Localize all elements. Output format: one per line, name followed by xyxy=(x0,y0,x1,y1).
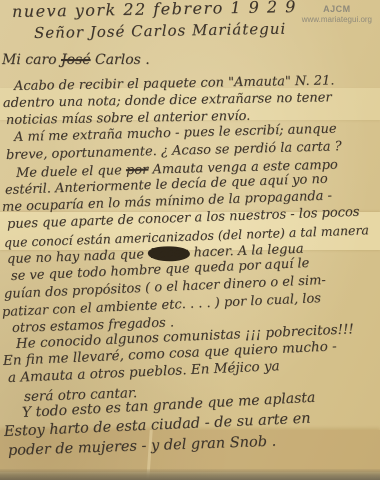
letter-body: nueva york 22 febrero 1 9 2 9Señor José … xyxy=(0,0,380,480)
struck-text: por xyxy=(126,163,149,179)
handwriting-text: adentro una nota; donde dice extrañarse … xyxy=(3,90,332,111)
handwriting-text: Mi caro xyxy=(2,52,61,68)
handwriting-text: Carlos . xyxy=(91,52,150,68)
inked-out-blot: hacer xyxy=(148,246,190,262)
recipient-line: Señor José Carlos Mariátegui xyxy=(34,20,287,42)
handwriting-text: nueva york 22 febrero 1 9 2 9 xyxy=(12,0,297,21)
salutation-line: Mi caro José Carlos . xyxy=(2,52,150,68)
date-line: nueva york 22 febrero 1 9 2 9 xyxy=(12,0,297,21)
letter-line: adentro una nota; donde dice extrañarse … xyxy=(3,90,332,111)
struck-text: José xyxy=(61,52,91,68)
scanned-letter-page: AJCM www.mariategui.org nueva york 22 fe… xyxy=(0,0,380,480)
handwriting-text: Señor José Carlos Mariátegui xyxy=(34,20,287,42)
